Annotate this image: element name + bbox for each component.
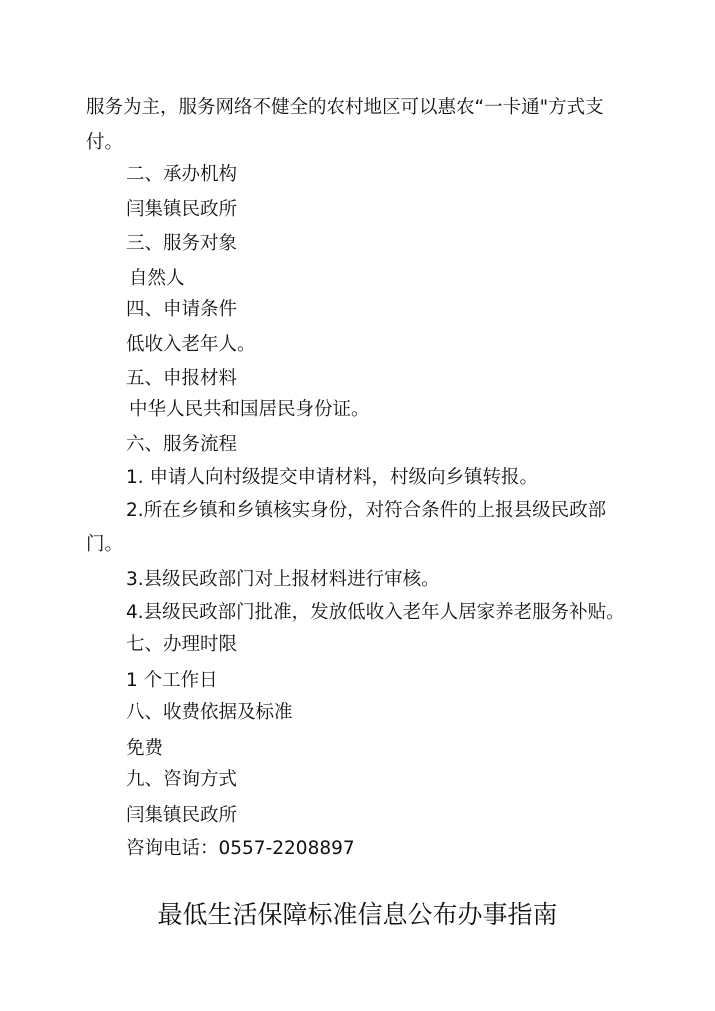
section-heading-organization: 二、承办机构 <box>126 163 237 187</box>
section-content-contact: 闫集镇民政所 <box>126 804 237 828</box>
process-step-1: 1. 申请人向村级提交申请材料，村级向乡镇转报。 <box>126 466 538 490</box>
section-content-target: 自然人 <box>129 267 185 291</box>
section-heading-time-limit: 七、办理时限 <box>126 633 237 657</box>
section-content-organization: 闫集镇民政所 <box>126 198 237 222</box>
intro-line-1: 服务为主，服务网络不健全的农村地区可以惠农“一卡通"方式支 <box>86 96 604 120</box>
process-step-3: 3.县级民政部门对上报材料进行审核。 <box>126 568 440 592</box>
section-heading-contact: 九、咨询方式 <box>126 768 237 792</box>
section-content-conditions: 低收入老年人。 <box>126 333 256 357</box>
process-step-2: 2.所在乡镇和乡镇核实身份，对符合条件的上报县级民政部 <box>126 499 606 523</box>
section-heading-process: 六、服务流程 <box>126 433 237 457</box>
process-step-2-cont: 门。 <box>86 533 123 557</box>
intro-line-2: 付。 <box>86 131 123 155</box>
section-content-time-limit: 1 个工作日 <box>126 669 218 693</box>
section-heading-conditions: 四、申请条件 <box>126 298 237 322</box>
section-heading-target: 三、服务对象 <box>126 232 237 256</box>
section-heading-fees: 八、收费依据及标准 <box>126 701 293 725</box>
section-content-fees: 免费 <box>126 737 163 761</box>
next-section-title: 最低生活保障标准信息公布办事指南 <box>0 899 715 931</box>
section-heading-materials: 五、申报材料 <box>126 367 237 391</box>
section-content-materials: 中华人民共和国居民身份证。 <box>129 398 370 422</box>
contact-phone: 咨询电话：0557-2208897 <box>126 837 355 861</box>
process-step-4: 4.县级民政部门批准，发放低收入老年人居家养老服务补贴。 <box>126 601 625 625</box>
